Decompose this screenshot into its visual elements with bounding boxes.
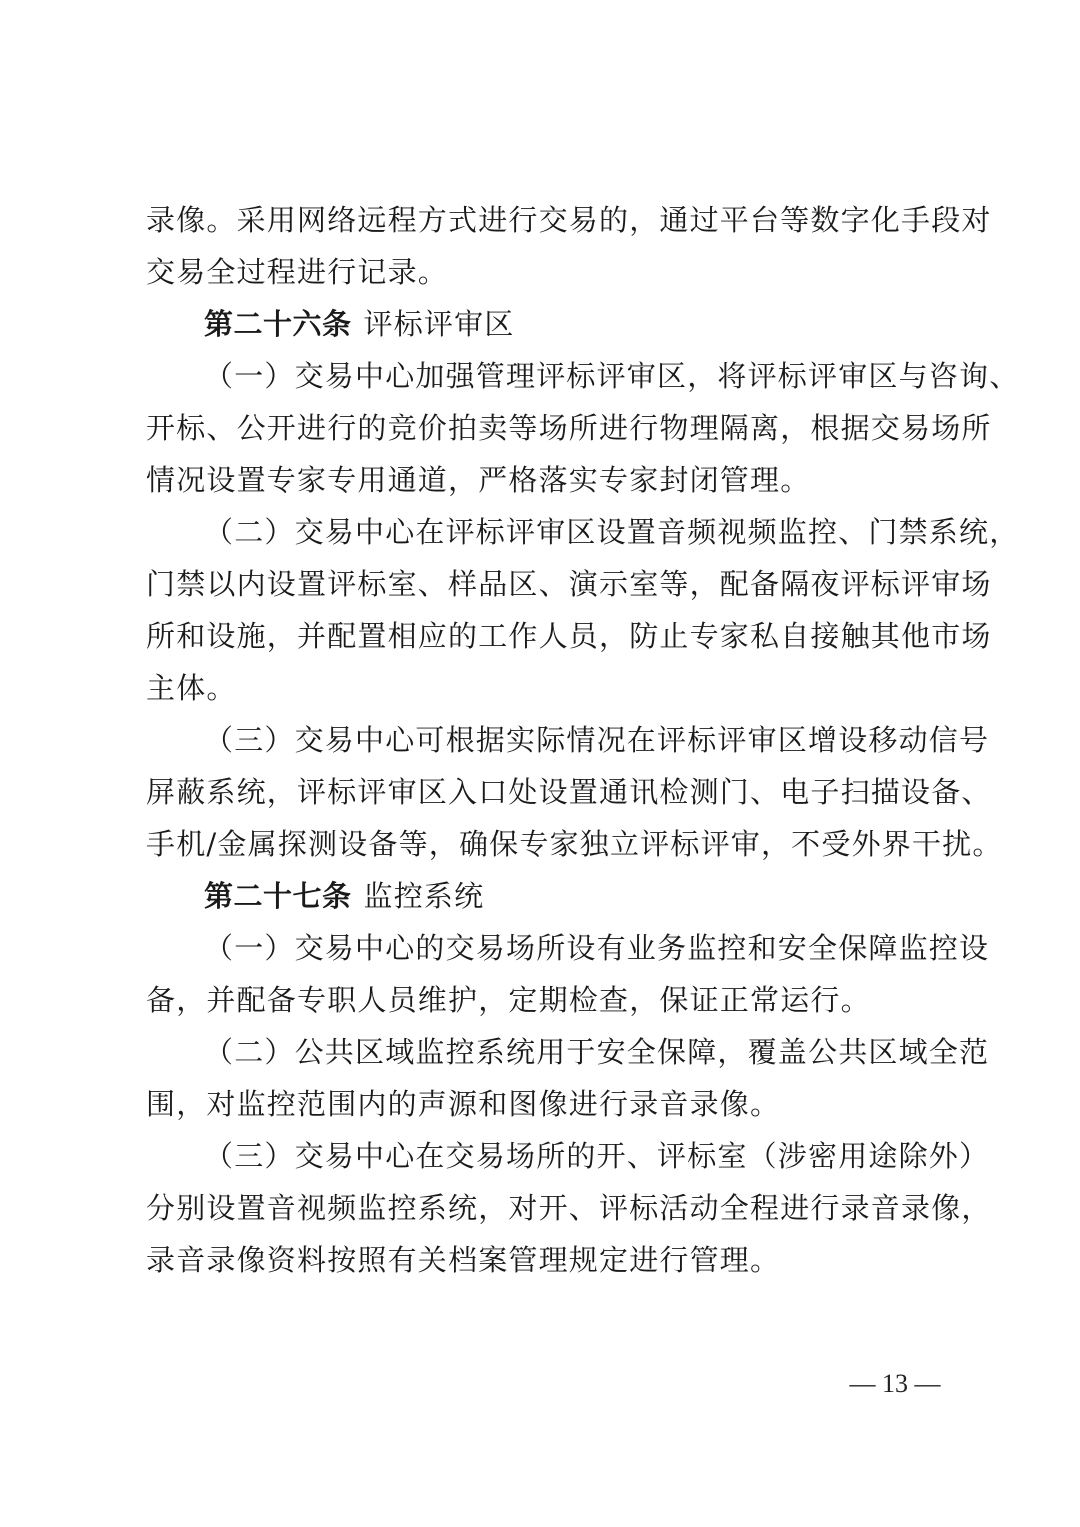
article-26-title: 评标评审区 [364,307,515,341]
page-number: — 13 — [840,1366,950,1402]
body-text-line: 交易全过程进行记录。 [146,252,946,292]
article-26-clause-3-line: 屏蔽系统，评标评审区入口处设置通讯检测门、电子扫描设备、 [146,772,946,812]
article-26-clause-3-line: 手机/金属探测设备等，确保专家独立评标评审，不受外界干扰。 [146,824,946,864]
article-26-clause-1-line: 开标、公开进行的竞价拍卖等场所进行物理隔离，根据交易场所 [146,408,946,448]
article-26-clause-2-line: 门禁以内设置评标室、样品区、演示室等，配备隔夜评标评审场 [146,564,946,604]
article-27-clause-1-line: （一）交易中心的交易场所设有业务监控和安全保障监控设 [204,928,946,968]
article-27-clause-1-line: 备，并配备专职人员维护，定期检查，保证正常运行。 [146,980,946,1020]
article-26-heading: 第二十六条评标评审区 [204,304,946,344]
article-27-clause-2-line: 围，对监控范围内的声源和图像进行录音录像。 [146,1084,946,1124]
article-27-clause-2-line: （二）公共区域监控系统用于安全保障，覆盖公共区域全范 [204,1032,946,1072]
article-27-clause-3-line: 录音录像资料按照有关档案管理规定进行管理。 [146,1240,946,1280]
article-26-clause-2-line: （二）交易中心在评标评审区设置音频视频监控、门禁系统， [204,512,946,552]
article-26-clause-3-line: （三）交易中心可根据实际情况在评标评审区增设移动信号 [204,720,946,760]
article-26-clause-1-line: 情况设置专家专用通道，严格落实专家封闭管理。 [146,460,946,500]
document-page: 录像。采用网络远程方式进行交易的，通过平台等数字化手段对 交易全过程进行记录。 … [0,0,1080,1527]
article-27-clause-3-line: （三）交易中心在交易场所的开、评标室（涉密用途除外） [204,1136,946,1176]
article-27-heading: 第二十七条监控系统 [204,876,946,916]
article-26-clause-1-line: （一）交易中心加强管理评标评审区，将评标评审区与咨询、 [204,356,946,396]
article-27-number: 第二十七条 [204,879,352,913]
article-26-clause-2-line: 主体。 [146,668,946,708]
article-27-clause-3-line: 分别设置音视频监控系统，对开、评标活动全程进行录音录像， [146,1188,946,1228]
article-27-title: 监控系统 [364,879,485,913]
body-text-line: 录像。采用网络远程方式进行交易的，通过平台等数字化手段对 [146,200,946,240]
article-26-clause-2-line: 所和设施，并配置相应的工作人员，防止专家私自接触其他市场 [146,616,946,656]
article-26-number: 第二十六条 [204,307,352,341]
